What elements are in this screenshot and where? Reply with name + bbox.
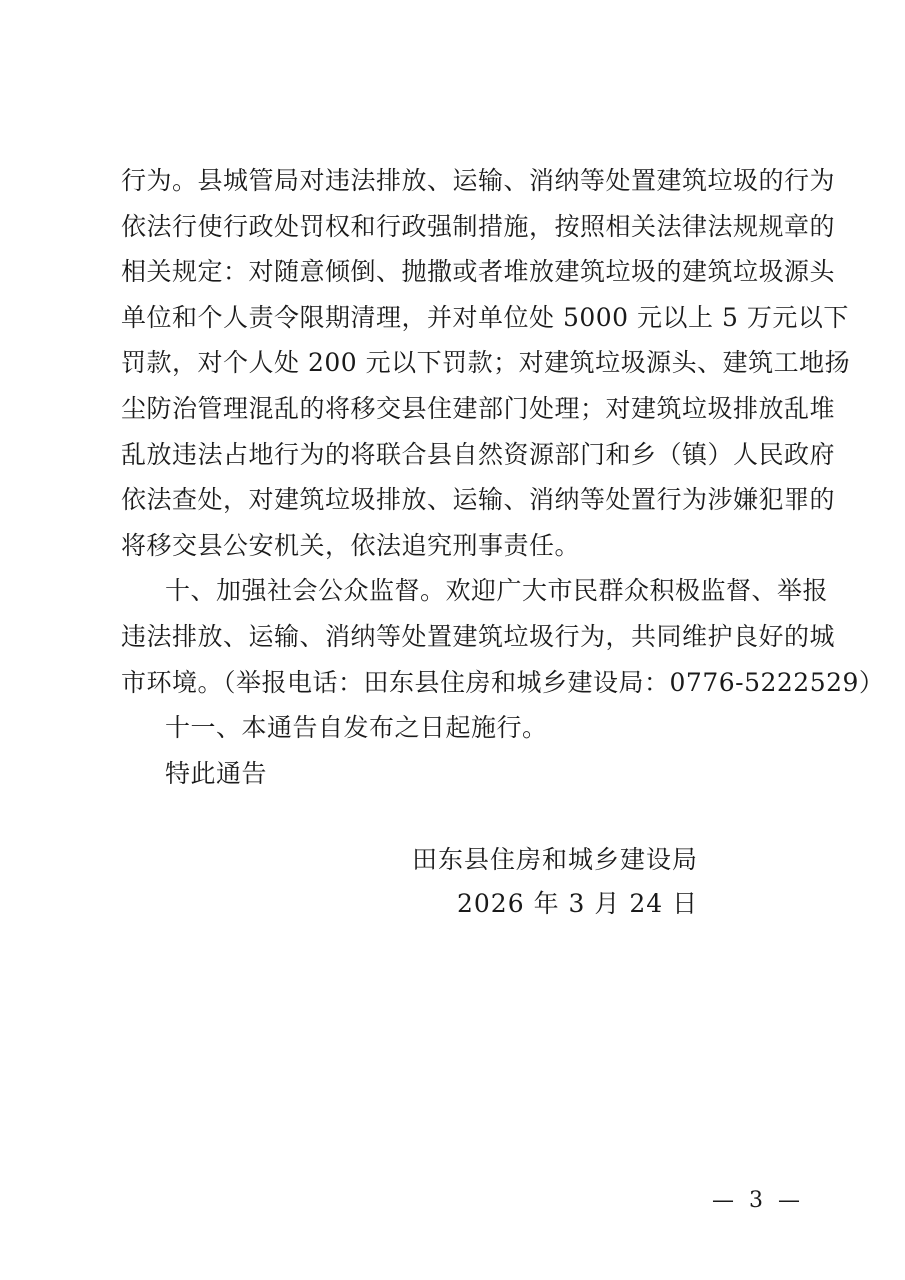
body-text: 行为。县城管局对违法排放、运输、消纳等处置建筑垃圾的行为 依法行使行政处罚权和行… <box>121 158 784 796</box>
section-ten-heading-line: 十、加强社会公众监督。欢迎广大市民群众积极监督、举报 <box>121 568 784 614</box>
paragraph-line: 尘防治管理混乱的将移交县住建部门处理；对建筑垃圾排放乱堆 <box>121 386 784 432</box>
paragraph-line: 罚款，对个人处 200 元以下罚款；对建筑垃圾源头、建筑工地扬 <box>121 340 784 386</box>
paragraph-line: 依法行使行政处罚权和行政强制措施，按照相关法律法规规章的 <box>121 204 784 250</box>
document-page: 行为。县城管局对违法排放、运输、消纳等处置建筑垃圾的行为 依法行使行政处罚权和行… <box>0 0 905 1280</box>
paragraph-line: 违法排放、运输、消纳等处置建筑垃圾行为，共同维护良好的城 <box>121 614 784 660</box>
issuing-organization: 田东县住房和城乡建设局 <box>412 840 698 876</box>
paragraph-line: 单位和个人责令限期清理，并对单位处 5000 元以上 5 万元以下 <box>121 295 784 341</box>
paragraph-line: 相关规定：对随意倾倒、抛撒或者堆放建筑垃圾的建筑垃圾源头 <box>121 249 784 295</box>
paragraph-line: 将移交县公安机关，依法追究刑事责任。 <box>121 523 784 569</box>
paragraph-line: 依法查处，对建筑垃圾排放、运输、消纳等处置行为涉嫌犯罪的 <box>121 477 784 523</box>
closing-notice-line: 特此通告 <box>121 751 784 797</box>
paragraph-line: 乱放违法占地行为的将联合县自然资源部门和乡（镇）人民政府 <box>121 432 784 478</box>
section-eleven-line: 十一、本通告自发布之日起施行。 <box>121 705 784 751</box>
page-number: — 3 — <box>712 1188 804 1213</box>
paragraph-line: 行为。县城管局对违法排放、运输、消纳等处置建筑垃圾的行为 <box>121 158 784 204</box>
report-phone-line: 市环境。（举报电话：田东县住房和城乡建设局：0776-5222529） <box>121 660 784 706</box>
issue-date: 2026 年 3 月 24 日 <box>457 884 698 920</box>
